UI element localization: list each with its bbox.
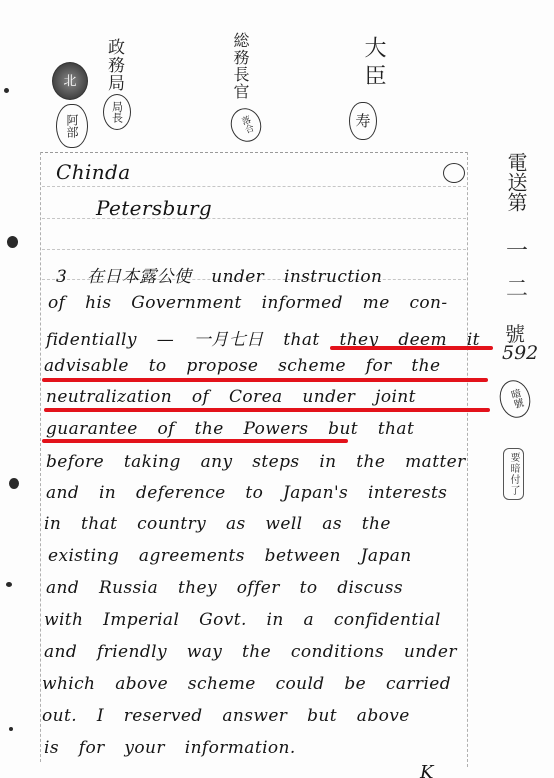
telegram-line: is for your information. <box>44 738 296 758</box>
round-seal-north: 北 <box>52 62 88 100</box>
telegram-line: 3 在日本露公使 under instruction <box>56 262 382 287</box>
margin-serial-number: 592 <box>502 342 538 364</box>
addressee-place: Petersburg <box>96 196 212 220</box>
margin-number-one: 一 <box>506 234 528 265</box>
telegram-line: existing agreements between Japan <box>48 546 412 566</box>
highlight-underline <box>44 408 490 412</box>
telegram-line: and friendly way the conditions under <box>44 642 457 662</box>
highlight-underline <box>330 346 493 350</box>
ink-dot <box>9 727 13 731</box>
telegram-line: advisable to propose scheme for the <box>44 356 440 376</box>
telegram-line: of his Government informed me con- <box>48 293 448 313</box>
addressee-name: Chinda <box>56 160 131 184</box>
telegram-line: and Russia they offer to discuss <box>46 578 403 598</box>
circle-mark <box>443 163 465 183</box>
form-rule <box>42 249 466 250</box>
telegram-line: out. I reserved answer but above <box>42 706 410 726</box>
margin-round-seal: 暗號 <box>496 377 535 421</box>
director-general-seal: 落合 <box>226 104 266 146</box>
telegram-line: which above scheme could be carried <box>42 674 451 694</box>
director-general-label: 総務長官 <box>229 32 252 100</box>
minister-seal: 寿 <box>349 102 377 140</box>
ink-dot <box>6 582 12 587</box>
signature-fragment: K <box>420 762 434 778</box>
ink-dot <box>9 478 19 489</box>
form-rule <box>42 186 466 187</box>
highlight-underline <box>42 378 488 382</box>
political-bureau-seal: 局長 <box>103 94 131 130</box>
margin-telegram-label: 電送第 <box>502 152 531 212</box>
form-frame-left <box>40 152 41 762</box>
ink-dot <box>7 236 18 248</box>
highlight-underline <box>42 439 348 443</box>
political-bureau-label: 政務局 <box>102 38 127 92</box>
telegram-line: in that country as well as the <box>44 514 391 534</box>
telegram-line: neutralization of Corea under joint <box>46 387 416 407</box>
margin-number-two: 二 <box>506 272 528 303</box>
oval-seal-abe: 阿部 <box>56 104 88 148</box>
form-frame-right <box>467 152 468 767</box>
telegram-line: and in deference to Japan's interests <box>46 483 447 503</box>
telegram-line: guarantee of the Powers but that <box>46 419 414 439</box>
minister-label: 大臣 <box>358 36 389 92</box>
document-page: 北 阿部 政務局 局長 総務長官 落合 大臣 寿 Chinda Petersbu… <box>0 0 554 778</box>
margin-box-stamp: 要暗付了 <box>503 448 524 500</box>
telegram-line: before taking any steps in the matter <box>46 452 466 472</box>
form-frame-top <box>40 152 468 153</box>
ink-dot <box>4 88 9 93</box>
telegram-line: with Imperial Govt. in a confidential <box>44 610 441 630</box>
